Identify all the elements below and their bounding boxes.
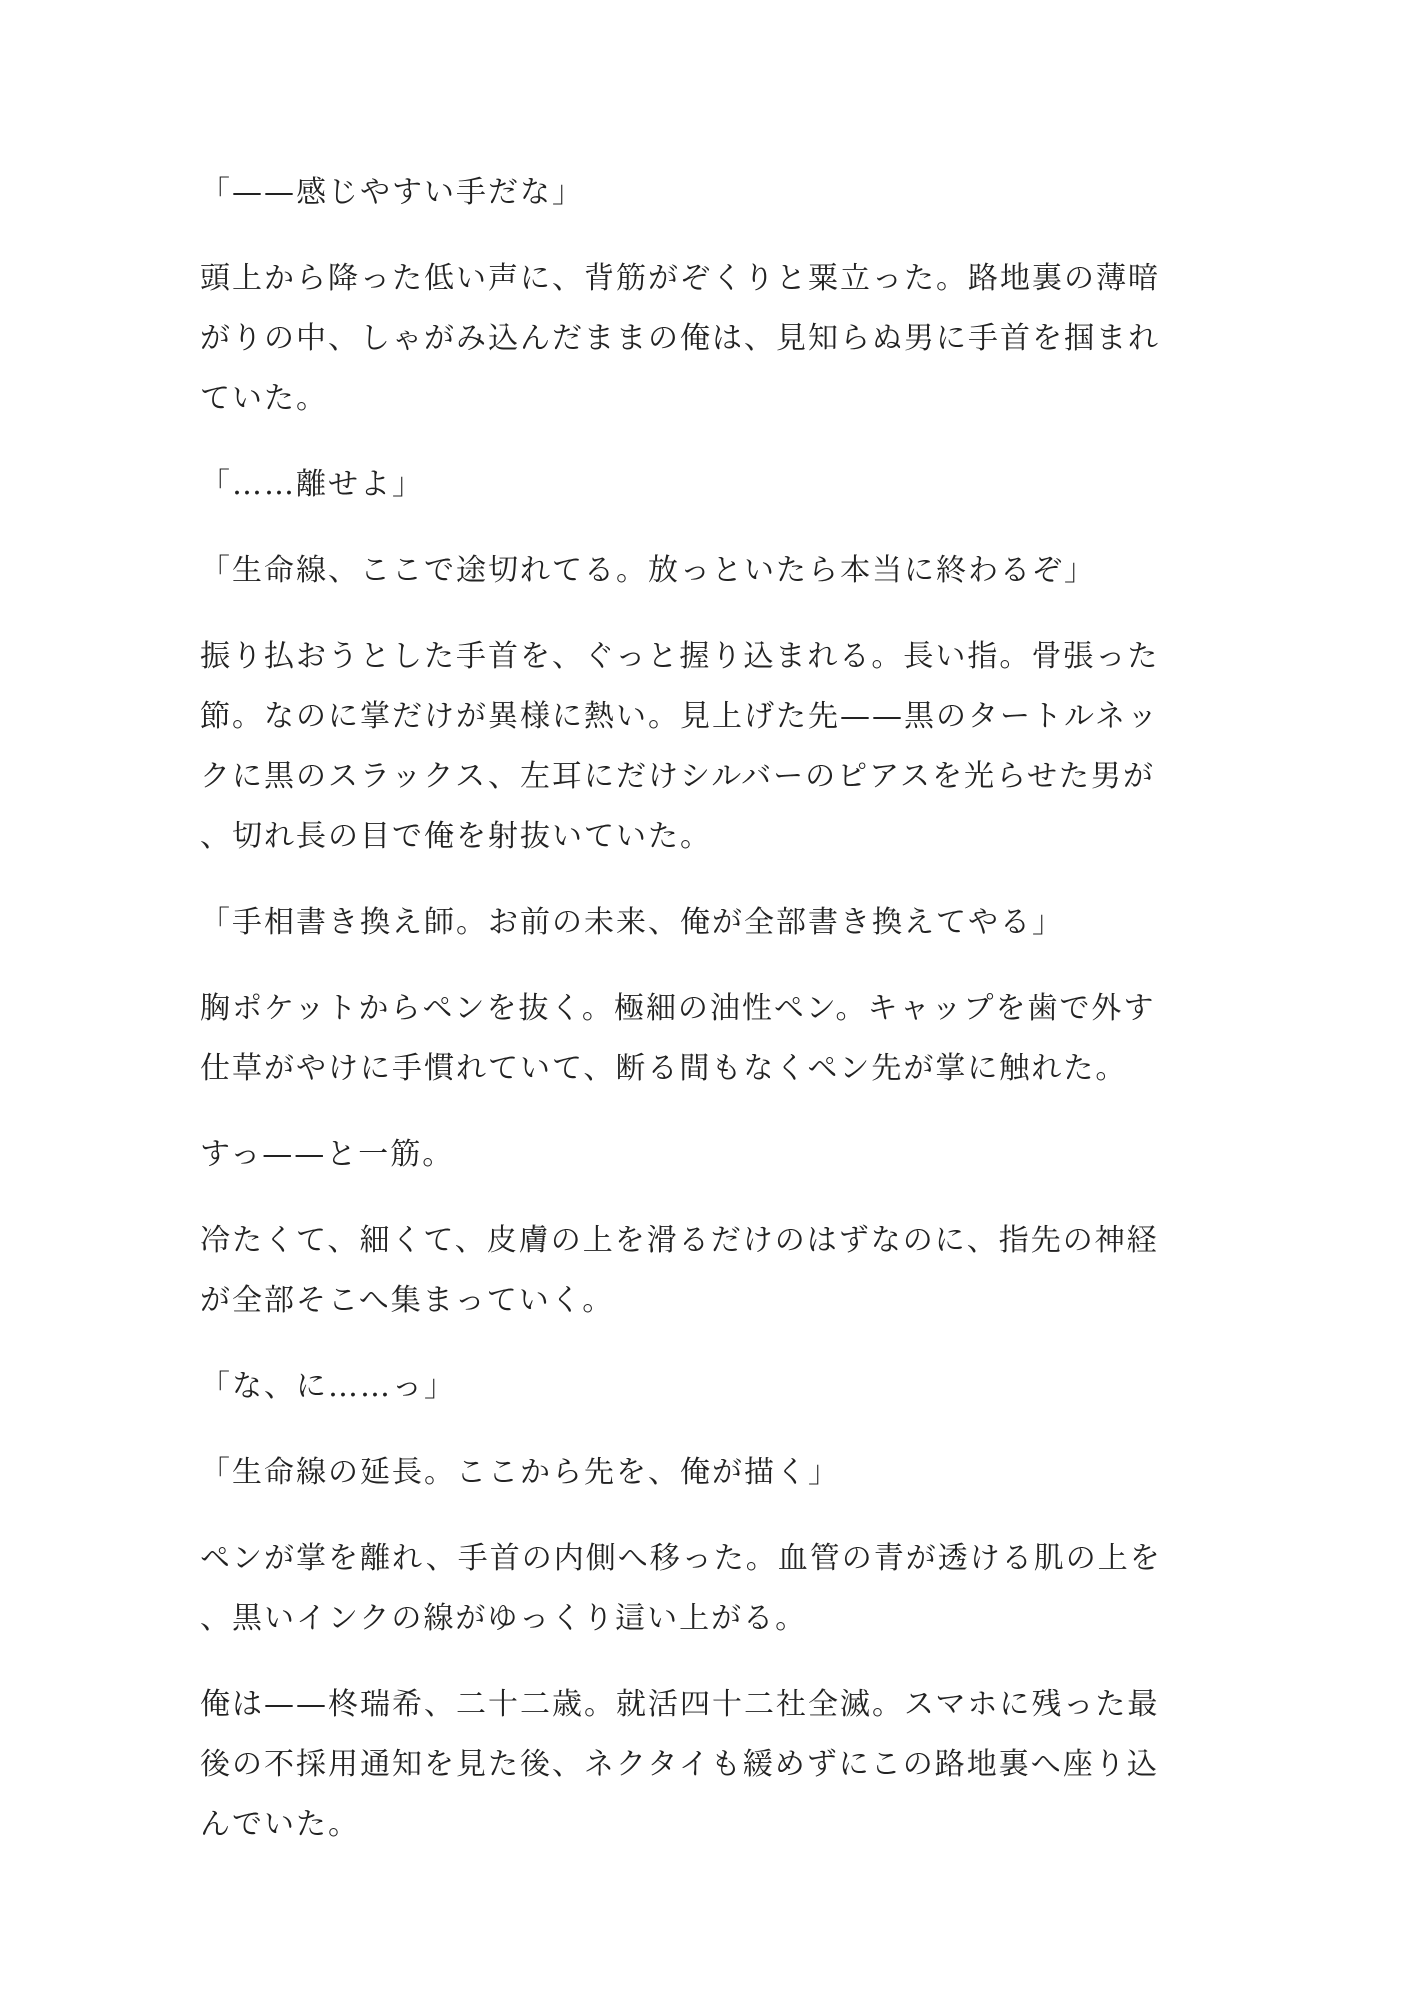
paragraph-narrative-4: すっ——と一筋。	[200, 1125, 1190, 1185]
paragraph-narrative-2: 振り払おうとした手首を、ぐっと握り込まれる。長い指。骨張った 節。なのに掌だけが…	[200, 627, 1190, 867]
paragraph-narrative-7: 俺は——柊瑞希、二十二歳。就活四十二社全滅。スマホに残った最 後の不採用通知を見…	[200, 1675, 1190, 1855]
paragraph-dialogue-5: 「な、に……っ」	[200, 1357, 1190, 1417]
paragraph-dialogue-6: 「生命線の延長。ここから先を、俺が描く」	[200, 1443, 1190, 1503]
paragraph-dialogue-3: 「生命線、ここで途切れてる。放っといたら本当に終わるぞ」	[200, 541, 1190, 601]
paragraph-narrative-6: ペンが掌を離れ、手首の内側へ移った。血管の青が透ける肌の上を 、黒いインクの線が…	[200, 1529, 1190, 1649]
paragraph-narrative-5: 冷たくて、細くて、皮膚の上を滑るだけのはずなのに、指先の神経 が全部そこへ集まっ…	[200, 1211, 1190, 1331]
document-page: 「——感じやすい手だな」 頭上から降った低い声に、背筋がぞくりと粟立った。路地裏…	[0, 0, 1415, 2000]
paragraph-dialogue-1: 「——感じやすい手だな」	[200, 163, 1190, 223]
paragraph-dialogue-4: 「手相書き換え師。お前の未来、俺が全部書き換えてやる」	[200, 893, 1190, 953]
paragraph-dialogue-2: 「……離せよ」	[200, 455, 1190, 515]
paragraph-narrative-3: 胸ポケットからペンを抜く。極細の油性ペン。キャップを歯で外す 仕草がやけに手慣れ…	[200, 979, 1190, 1099]
paragraph-narrative-1: 頭上から降った低い声に、背筋がぞくりと粟立った。路地裏の薄暗 がりの中、しゃがみ…	[200, 249, 1190, 429]
